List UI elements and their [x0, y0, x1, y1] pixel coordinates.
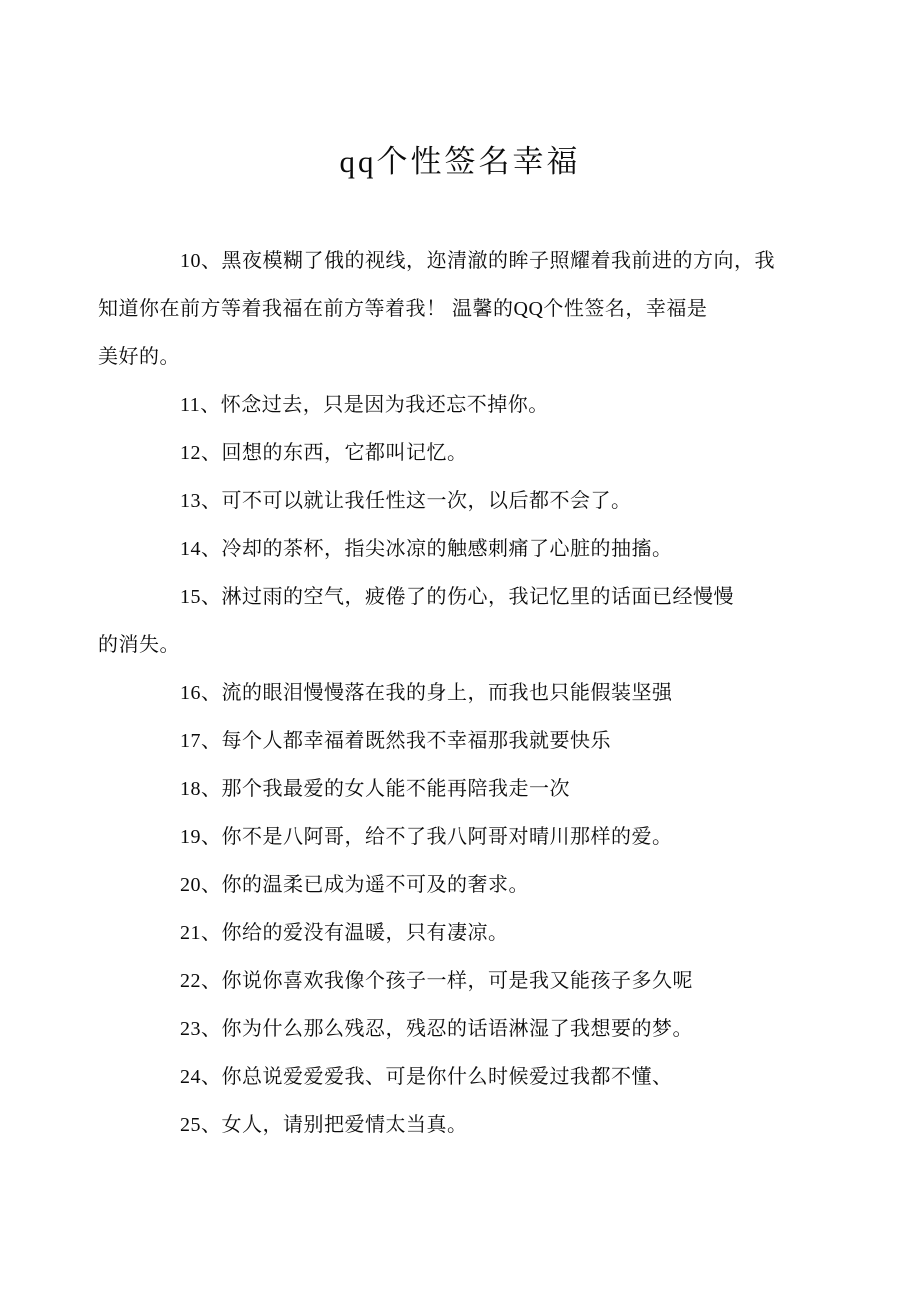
signature-item-24: 24、你总说爱爱爱我、可是你什么时候爱过我都不懂、	[98, 1053, 770, 1101]
signature-item-12: 12、回想的东西，它都叫记忆。	[98, 429, 770, 477]
signature-item-13: 13、可不可以就让我任性这一次，以后都不会了。	[98, 477, 770, 525]
signature-item-16: 16、流的眼泪慢慢落在我的身上，而我也只能假装坚强	[98, 669, 770, 717]
signature-item-18: 18、那个我最爱的女人能不能再陪我走一次	[98, 765, 770, 813]
signature-item-10: 10、黑夜模糊了俄的视线，迩清澈的眸子照耀着我前进的方向，我 知道你在前方等着我…	[98, 237, 770, 381]
signature-item-25: 25、女人，请别把爱情太当真。	[98, 1101, 770, 1149]
page-title: qq个性签名幸福	[0, 0, 920, 181]
signature-item-15: 15、淋过雨的空气，疲倦了的伤心，我记忆里的话面已经慢慢 的消失。	[98, 573, 770, 669]
signature-item-21: 21、你给的爱没有温暖，只有凄凉。	[98, 909, 770, 957]
signature-item-19: 19、你不是八阿哥，给不了我八阿哥对晴川那样的爱。	[98, 813, 770, 861]
signature-item-14: 14、冷却的茶杯，指尖冰凉的触感刺痛了心脏的抽搐。	[98, 525, 770, 573]
signature-item-23: 23、你为什么那么残忍，残忍的话语淋湿了我想要的梦。	[98, 1005, 770, 1053]
signature-item-11: 11、怀念过去，只是因为我还忘不掉你。	[98, 381, 770, 429]
signature-item-17: 17、每个人都幸福着既然我不幸福那我就要快乐	[98, 717, 770, 765]
signature-item-22: 22、你说你喜欢我像个孩子一样，可是我又能孩子多久呢	[98, 957, 770, 1005]
signature-item-20: 20、你的温柔已成为遥不可及的奢求。	[98, 861, 770, 909]
signature-list: 10、黑夜模糊了俄的视线，迩清澈的眸子照耀着我前进的方向，我 知道你在前方等着我…	[98, 237, 770, 1149]
document-page: qq个性签名幸福 10、黑夜模糊了俄的视线，迩清澈的眸子照耀着我前进的方向，我 …	[0, 0, 920, 1303]
